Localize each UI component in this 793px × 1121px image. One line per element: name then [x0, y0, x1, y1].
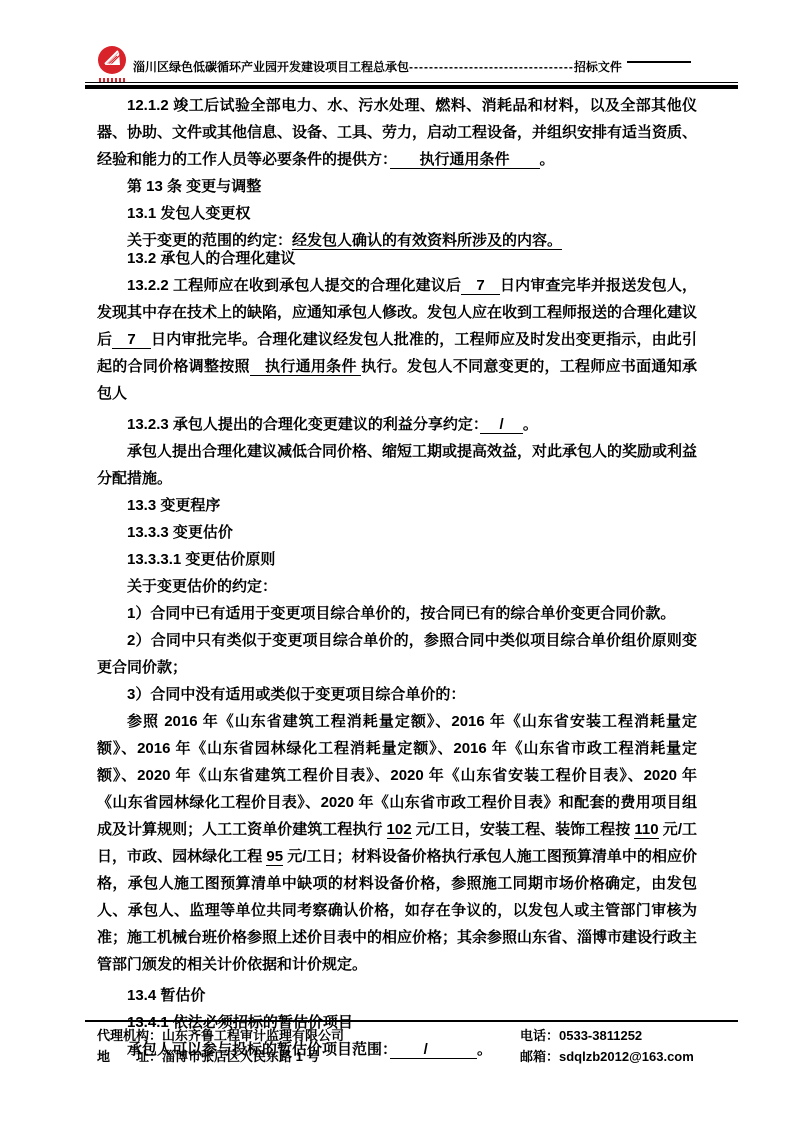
list-item-3: 3）合同中没有适用或类似于变更项目综合单价的：	[97, 681, 697, 708]
filled-blank: 7	[461, 277, 500, 295]
agency-value: 山东齐鲁工程审计监理有限公司	[162, 1028, 344, 1043]
document-body: 12.1.2 竣工后试验全部电力、水、污水处理、燃料、消耗品和材料，以及全部其他…	[97, 92, 697, 1063]
phone-value: 0533-3811252	[559, 1028, 642, 1043]
filled-blank: 执行通用条件	[250, 358, 361, 376]
header-title-line: 淄川区绿色低碳循环产业园开发建设项目工程总承包-----------------…	[133, 58, 693, 75]
address-label: 地 址：	[97, 1049, 162, 1064]
heading-13-3-3-1: 13.3.3.1 变更估价原则	[97, 546, 697, 573]
clause-12-1-2: 12.1.2 竣工后试验全部电力、水、污水处理、燃料、消耗品和材料，以及全部其他…	[97, 92, 697, 173]
heading-article-13: 第 13 条 变更与调整	[97, 173, 697, 200]
clause-valuation-intro: 关于变更估价的约定：	[97, 573, 697, 600]
phone-label: 电话：	[520, 1028, 559, 1043]
footer-agency: 代理机构：山东齐鲁工程审计监理有限公司	[97, 1025, 520, 1046]
empty-blank: /	[480, 416, 523, 434]
page-footer: 代理机构：山东齐鲁工程审计监理有限公司 电话：0533-3811252 地 址：…	[97, 1025, 697, 1067]
filled-blank: 经发包人确认的有效资料所涉及的内容。	[292, 232, 562, 250]
qilu-agency-logo-icon	[97, 45, 127, 75]
clause-text: 元/工日；材料设备价格执行承包人施工图预算清单中的相应价格，承包人施工图预算清单…	[97, 848, 697, 973]
clause-text: 。	[523, 416, 538, 433]
header-double-rule	[85, 82, 738, 89]
clause-13-2-3: 13.2.3 承包人提出的合理化变更建议的利益分享约定： / 。	[97, 411, 697, 438]
clause-text: 参照 2016 年《山东省建筑工程消耗量定额》、2016 年《山东省安装工程消耗…	[97, 713, 697, 838]
wage-rate-installation: 110	[634, 821, 658, 839]
agency-label: 代理机构：	[97, 1028, 162, 1043]
list-item-2: 2）合同中只有类似于变更项目综合单价的，参照合同中类似项目综合单价组价原则变更合…	[97, 627, 697, 681]
wage-rate-municipal: 95	[266, 848, 283, 866]
heading-13-4: 13.4 暂估价	[97, 982, 697, 1009]
clause-13-2-3-note: 承包人提出合理化建议减低合同价格、缩短工期或提高效益，对此承包人的奖励或利益分配…	[97, 438, 697, 492]
email-label: 邮箱：	[520, 1049, 559, 1064]
header-project-title: 淄川区绿色低碳循环产业园开发建设项目工程总承包	[133, 60, 409, 74]
heading-13-3-3: 13.3.3 变更估价	[97, 519, 697, 546]
address-value: 淄博市张店区人民东路 1 号	[162, 1049, 319, 1064]
clause-quota-reference: 参照 2016 年《山东省建筑工程消耗量定额》、2016 年《山东省安装工程消耗…	[97, 708, 697, 978]
footer-address: 地 址：淄博市张店区人民东路 1 号	[97, 1046, 520, 1067]
clause-13-2-2: 13.2.2 工程师应在收到承包人提交的合理化建议后 7 日内审查完毕并报送发包…	[97, 272, 697, 407]
clause-text: 13.2.3 承包人提出的合理化变更建议的利益分享约定：	[127, 416, 480, 433]
heading-13-1: 13.1 发包人变更权	[97, 200, 697, 227]
header-dash-leader: ---------------------------------	[409, 60, 574, 74]
clause-text: 。	[540, 151, 555, 168]
filled-blank: 执行通用条件	[390, 151, 540, 169]
clause-text: 元/工日，安装工程、装饰工程按	[412, 821, 635, 838]
document-page: 淄川区绿色低碳循环产业园开发建设项目工程总承包-----------------…	[0, 0, 793, 1121]
clause-text: 13.2.2 工程师应在收到承包人提交的合理化建议后	[127, 277, 461, 294]
list-item-1: 1）合同中已有适用于变更项目综合单价的，按合同已有的综合单价变更合同价款。	[97, 600, 697, 627]
wage-rate-construction: 102	[387, 821, 412, 839]
footer-phone: 电话：0533-3811252	[520, 1025, 697, 1046]
footer-email: 邮箱：sdqlzb2012@163.com	[520, 1046, 697, 1067]
email-value: sdqlzb2012@163.com	[559, 1049, 694, 1064]
footer-rule	[85, 1020, 738, 1022]
heading-13-3: 13.3 变更程序	[97, 492, 697, 519]
header-doc-type: 招标文件	[574, 60, 622, 74]
filled-blank: 7	[112, 331, 151, 349]
header-right-line	[627, 61, 691, 63]
